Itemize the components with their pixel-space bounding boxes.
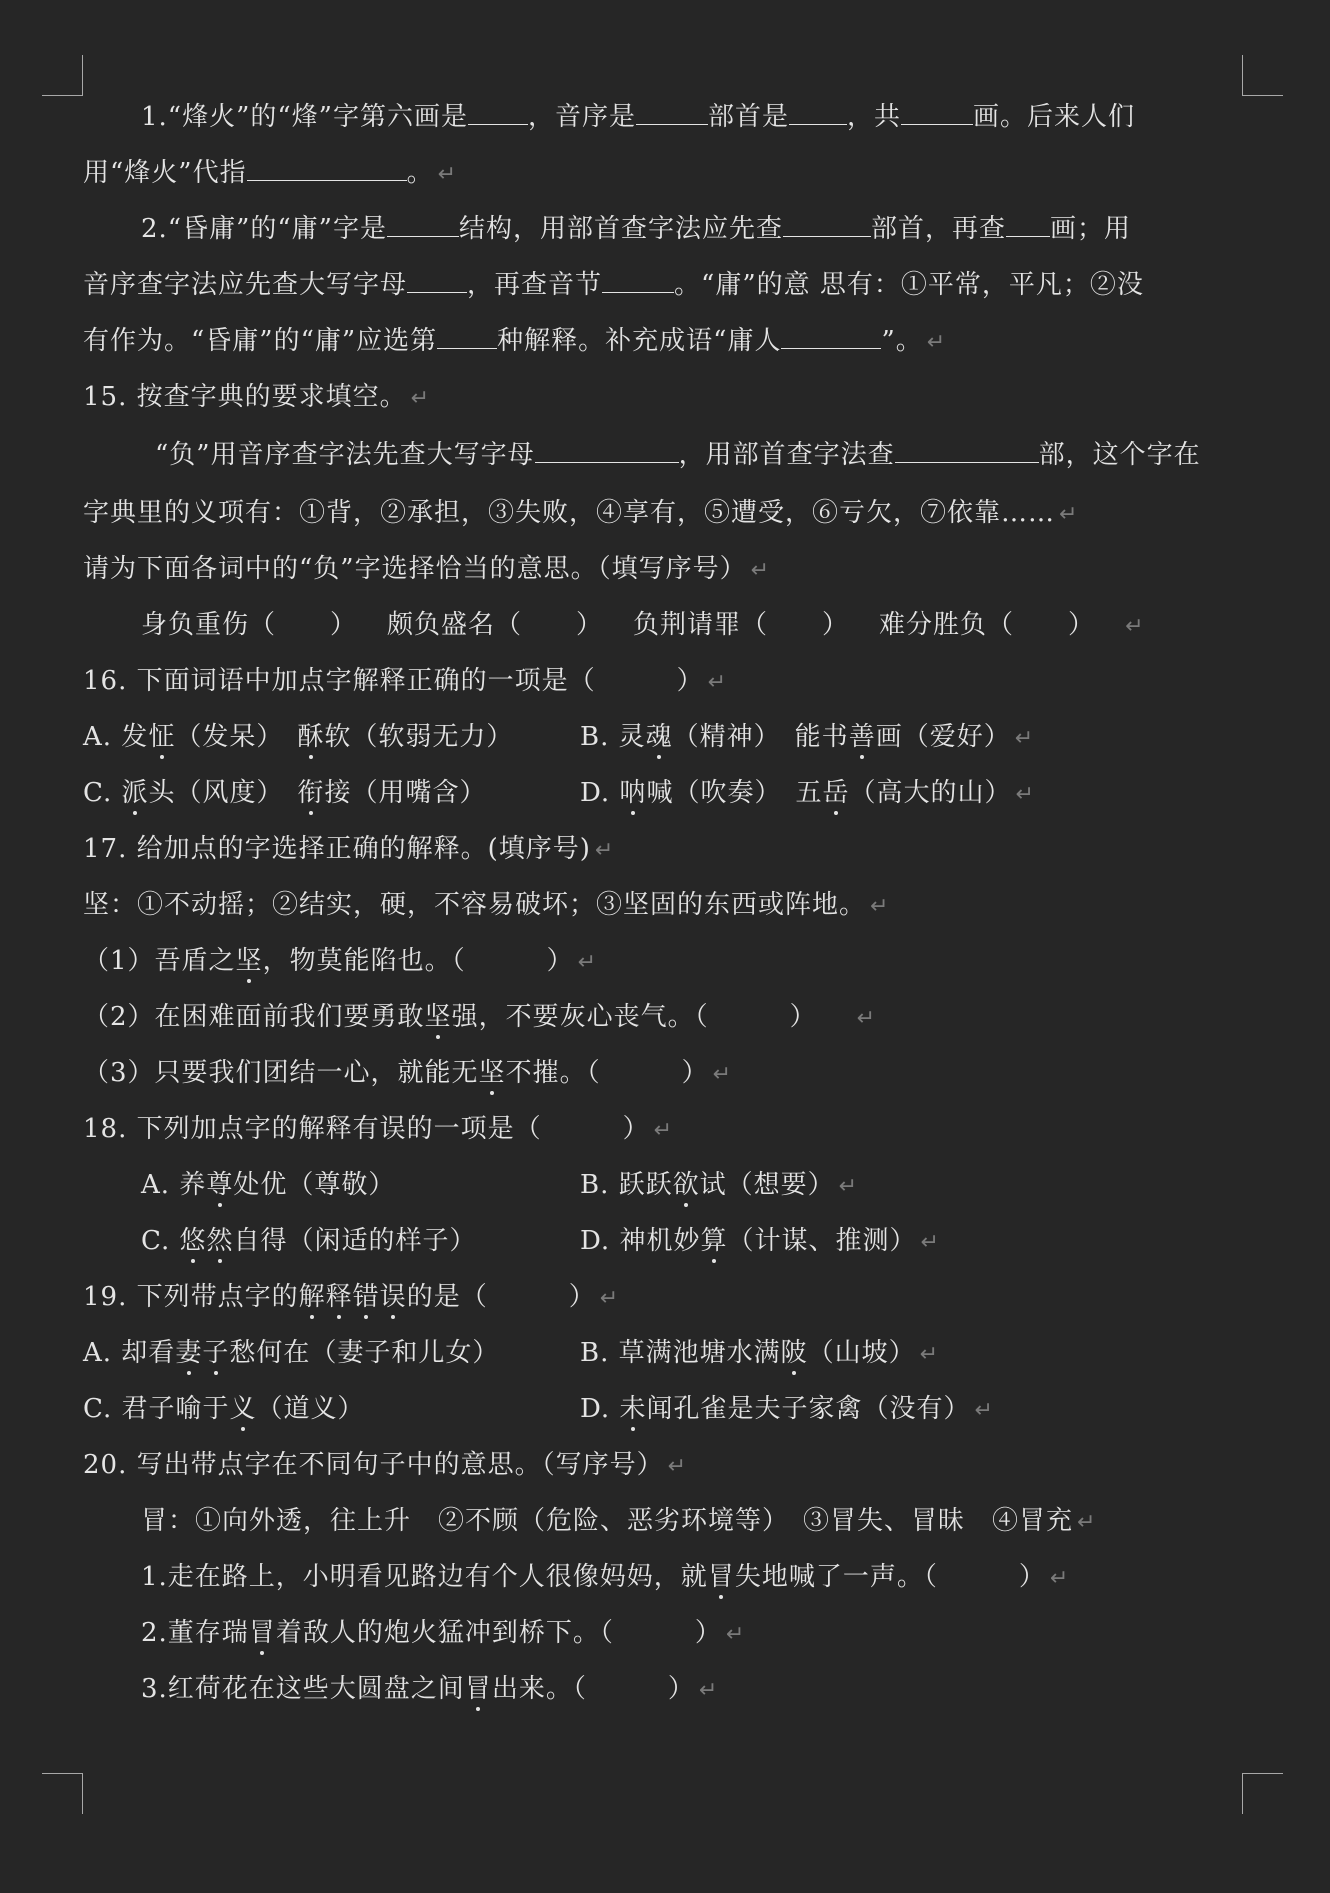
- blank[interactable]: [783, 212, 871, 237]
- blank[interactable]: [468, 100, 528, 125]
- q17-sentence-1: （1）吾盾之坚，物莫能陷也。（ ）↵: [83, 944, 597, 980]
- paragraph-mark-icon: ↵: [1016, 782, 1035, 807]
- crop-mark-top-left: [42, 55, 83, 96]
- q20-title: 20. 写出带点字在不同句子中的意思。（写序号）↵: [83, 1448, 687, 1484]
- q19-option-d[interactable]: D. 未闻孔雀是夫子家禽（没有）↵: [580, 1392, 994, 1428]
- q14-p1-line2: 用“烽火”代指。↵: [83, 156, 457, 192]
- paragraph-mark-icon: ↵: [600, 1286, 619, 1311]
- word-item[interactable]: 难分胜负（ ）: [879, 610, 1095, 640]
- q16-option-c[interactable]: C. 派头（风度） 衔接（用嘴含）: [83, 776, 487, 810]
- q16-option-a[interactable]: A. 发怔（发呆） 酥软（软弱无力）: [83, 720, 513, 754]
- paragraph-mark-icon: ↵: [1050, 1566, 1069, 1591]
- q19-title: 19. 下列带点字的解释错误的是（ ）↵: [83, 1280, 619, 1316]
- q20-sentence-2: 2.董存瑞冒着敌人的炮火猛冲到桥下。（ ）↵: [83, 1616, 745, 1652]
- q14-p1-line1: 1.“烽火”的“烽”字第六画是，音序是部首是，共画。后来人们: [83, 100, 1135, 134]
- paragraph-mark-icon: ↵: [411, 386, 430, 411]
- blank[interactable]: [901, 100, 973, 125]
- q17-definition: 坚：①不动摇；②结实，硬，不容易破坏；③坚固的东西或阵地。↵: [83, 888, 889, 924]
- q15-line2: 字典里的义项有：①背，②承担，③失败，④享有，⑤遭受，⑥亏欠，⑦依靠……↵: [83, 496, 1078, 532]
- q18-option-c[interactable]: C. 悠然自得（闲适的样子）: [83, 1224, 477, 1258]
- q16-option-d[interactable]: D. 呐喊（吹奏） 五岳（高大的山）↵: [580, 776, 1035, 812]
- blank[interactable]: [895, 438, 1039, 463]
- paragraph-mark-icon: ↵: [870, 894, 889, 919]
- q16-title: 16. 下面词语中加点字解释正确的一项是（ ）↵: [83, 664, 727, 700]
- q20-sentence-3: 3.红荷花在这些大圆盘之间冒出来。（ ）↵: [83, 1672, 718, 1708]
- crop-mark-top-right: [1242, 55, 1283, 96]
- paragraph-mark-icon: ↵: [654, 1118, 673, 1143]
- blank[interactable]: [387, 212, 459, 237]
- paragraph-mark-icon: ↵: [839, 1174, 858, 1199]
- q17-sentence-2: （2）在困难面前我们要勇敢坚强，不要灰心丧气。（ ）↵: [83, 1000, 876, 1036]
- q14-p2-line3: 有作为。“昏庸”的“庸”应选第种解释。补充成语“庸人”。↵: [83, 324, 946, 360]
- paragraph-mark-icon: ↵: [668, 1454, 687, 1479]
- paragraph-mark-icon: ↵: [1059, 502, 1078, 527]
- paragraph-mark-icon: ↵: [726, 1622, 745, 1647]
- q19-option-b[interactable]: B. 草满池塘水满陂（山坡）↵: [580, 1336, 939, 1372]
- blank[interactable]: [247, 156, 407, 181]
- q14-p2-line1: 2.“昏庸”的“庸”字是结构，用部首查字法应先查部首，再查画；用: [83, 212, 1131, 246]
- q15-line3: 请为下面各词中的“负”字选择恰当的意思。（填写序号）↵: [83, 552, 770, 588]
- blank[interactable]: [535, 438, 679, 463]
- crop-mark-bottom-right: [1242, 1773, 1283, 1814]
- paragraph-mark-icon: ↵: [1077, 1510, 1096, 1535]
- q14-p2-line2: 音序查字法应先查大写字母，再查音节。“庸”的意 思有：①平常，平凡；②没: [83, 268, 1144, 302]
- q18-option-b[interactable]: B. 跃跃欲试（想要）↵: [580, 1168, 858, 1204]
- q18-option-d[interactable]: D. 神机妙算（计谋、推测）↵: [580, 1224, 940, 1260]
- paragraph-mark-icon: ↵: [713, 1062, 732, 1087]
- q17-sentence-3: （3）只要我们团结一心，就能无坚不摧。（ ）↵: [83, 1056, 732, 1092]
- paragraph-mark-icon: ↵: [578, 950, 597, 975]
- paragraph-mark-icon: ↵: [920, 1342, 939, 1367]
- paragraph-mark-icon: ↵: [927, 330, 946, 355]
- q20-sentence-1: 1.走在路上，小明看见路边有个人很像妈妈，就冒失地喊了一声。（ ）↵: [83, 1560, 1069, 1596]
- q15-line1: “负”用音序查字法先查大写字母，用部首查字法查部，这个字在: [83, 438, 1201, 472]
- crop-mark-bottom-left: [42, 1773, 83, 1814]
- q17-title: 17. 给加点的字选择正确的解释。(填序号)↵: [83, 832, 614, 868]
- paragraph-mark-icon: ↵: [920, 1230, 939, 1255]
- paragraph-mark-icon: ↵: [438, 162, 457, 187]
- q19-option-a[interactable]: A. 却看妻子愁何在（妻子和儿女）: [83, 1336, 499, 1370]
- word-item[interactable]: 负荆请罪（ ）: [633, 610, 849, 640]
- blank[interactable]: [407, 268, 467, 293]
- blank[interactable]: [636, 100, 708, 125]
- paragraph-mark-icon: ↵: [974, 1398, 993, 1423]
- paragraph-mark-icon: ↵: [1015, 726, 1034, 751]
- q20-definition: 冒：①向外透，往上升 ②不顾（危险、恶劣环境等） ③冒失、冒昧 ④冒充↵: [83, 1504, 1096, 1540]
- paragraph-mark-icon: ↵: [699, 1678, 718, 1703]
- q18-title: 18. 下列加点字的解释有误的一项是（ ）↵: [83, 1112, 673, 1148]
- paragraph-mark-icon: ↵: [595, 838, 614, 863]
- q19-option-c[interactable]: C. 君子喻于义（道义）: [83, 1392, 365, 1426]
- q15-title: 15. 按查字典的要求填空。↵: [83, 380, 430, 416]
- blank[interactable]: [437, 324, 497, 349]
- paragraph-mark-icon: ↵: [1125, 614, 1144, 639]
- blank[interactable]: [1006, 212, 1050, 237]
- q16-option-b[interactable]: B. 灵魂（精神） 能书善画（爱好）↵: [580, 720, 1034, 756]
- blank[interactable]: [602, 268, 674, 293]
- q18-option-a[interactable]: A. 养尊处优（尊敬）: [83, 1168, 395, 1202]
- q15-words: 身负重伤（ ）颇负盛名（ ）负荆请罪（ ）难分胜负（ ）↵: [83, 608, 1145, 644]
- paragraph-mark-icon: ↵: [857, 1006, 876, 1031]
- word-item[interactable]: 颇负盛名（ ）: [387, 610, 603, 640]
- paragraph-mark-icon: ↵: [708, 670, 727, 695]
- blank[interactable]: [781, 324, 881, 349]
- blank[interactable]: [789, 100, 847, 125]
- paragraph-mark-icon: ↵: [751, 558, 770, 583]
- word-item[interactable]: 身负重伤（ ）: [141, 610, 357, 640]
